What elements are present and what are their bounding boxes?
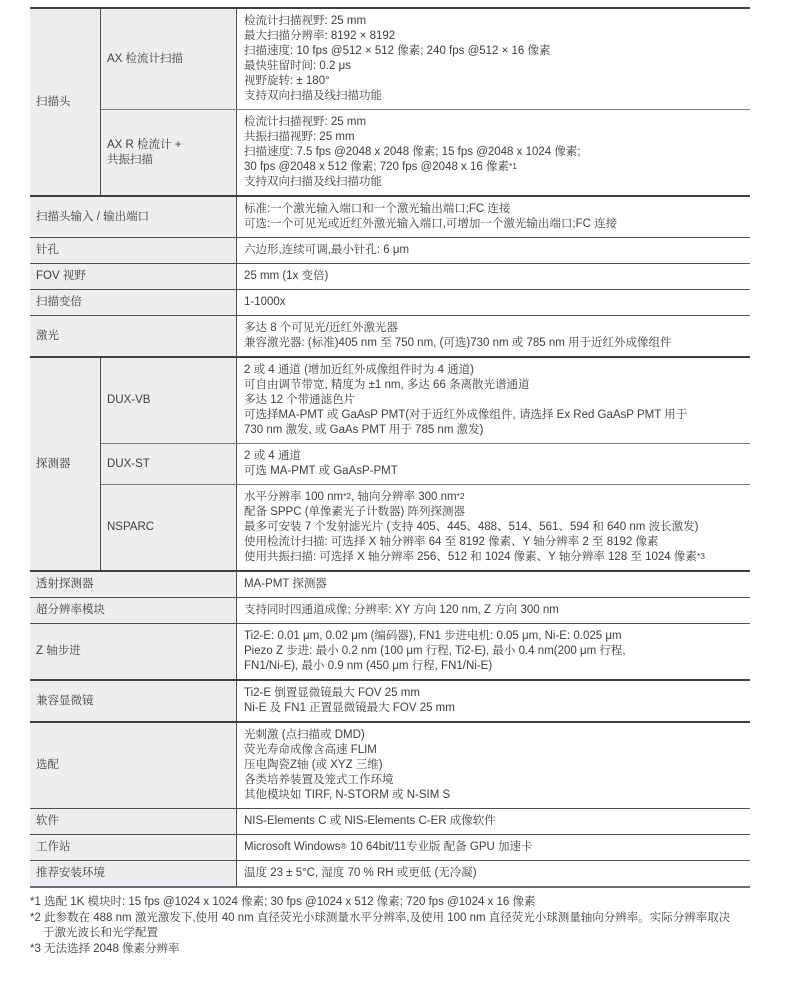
spec-line: 使用检流计扫描: 可选择 X 轴分辨率 64 至 8192 像素、Y 轴分辨率 … (244, 535, 746, 550)
table-row: 扫描变倍1-1000x (30, 289, 750, 315)
spec-line: 光刺激 (点扫描或 DMD) (244, 728, 746, 743)
footnote-line: *1 选配 1K 模块时: 15 fps @1024 x 1024 像素; 30… (30, 895, 770, 911)
row-label-cell: 扫描头输入 / 输出端口 (30, 197, 237, 237)
spec-content-cell: 1-1000x (237, 290, 750, 315)
spec-line: 检流计扫描视野: 25 mm (244, 14, 746, 29)
row-label: 选配 (36, 758, 232, 773)
spec-line: 730 nm 激发, 或 GaAs PMT 用于 785 nm 激发) (244, 423, 746, 438)
subrow-label: 共振扫描 (107, 153, 232, 168)
spec-line: 可选:一个可见光或近红外激光输入端口,可增加一个激光输出端口;FC 连接 (244, 217, 746, 232)
subrow-column: DUX-VB2 或 4 通道 (增加近红外成像组件时为 4 通道)可自由调节带宽… (101, 358, 750, 570)
row-label: 扫描变倍 (36, 295, 232, 310)
spec-sheet-page: 扫描头AX 检流计扫描检流计扫描视野: 25 mm最大扫描分辨率: 8192 ×… (0, 0, 791, 985)
spec-content-cell: 检流计扫描视野: 25 mm最大扫描分辨率: 8192 × 8192扫描速度: … (237, 9, 750, 109)
spec-line: 1-1000x (244, 295, 746, 310)
spec-line: 多达 12 个带通滤色片 (244, 393, 746, 408)
spec-line: 最多可安装 7 个发射滤光片 (支持 405、445、488、514、561、5… (244, 520, 746, 535)
row-label: 激光 (36, 329, 232, 344)
row-label: 工作站 (36, 840, 232, 855)
spec-table: 扫描头AX 检流计扫描检流计扫描视野: 25 mm最大扫描分辨率: 8192 ×… (30, 7, 750, 888)
spec-content-cell: 六边形,连续可调,最小针孔: 6 μm (237, 238, 750, 263)
table-row: 选配光刺激 (点扫描或 DMD)荧光寿命成像含高速 FLIM压电陶瓷Z轴 (或 … (30, 721, 750, 808)
spec-content-cell: 25 mm (1x 变倍) (237, 264, 750, 289)
row-label-cell: 透射探测器 (30, 572, 237, 597)
subrow-label: NSPARC (107, 520, 232, 535)
spec-line: 使用共振扫描: 可选择 X 轴分辨率 256、512 和 1024 像素、Y 轴… (244, 550, 746, 565)
spec-line: 最快驻留时间: 0.2 μs (244, 59, 746, 74)
row-label: 扫描头 (36, 95, 96, 110)
spec-line: 各类培养装置及笼式工作环境 (244, 773, 746, 788)
spec-content-cell: 2 或 4 通道 (增加近红外成像组件时为 4 通道)可自由调节带宽, 精度为 … (237, 358, 750, 443)
spec-content-cell: 标准:一个激光输入端口和一个激光输出端口;FC 连接可选:一个可见光或近红外激光… (237, 197, 750, 237)
spec-content-cell: 支持同时四通道成像; 分辨率: XY 方向 120 nm, Z 方向 300 n… (237, 598, 750, 623)
subrow-label-cell: NSPARC (101, 485, 237, 570)
spec-line: 共振扫描视野: 25 mm (244, 130, 746, 145)
row-label: 探测器 (36, 457, 96, 472)
table-subrow: DUX-ST2 或 4 通道可选 MA-PMT 或 GaAsP-PMT (101, 443, 750, 484)
row-label-cell: 选配 (30, 723, 237, 808)
table-row: 推荐安装环境温度 23 ± 5°C, 湿度 70 % RH 或更低 (无冷凝) (30, 860, 750, 886)
table-row: 扫描头AX 检流计扫描检流计扫描视野: 25 mm最大扫描分辨率: 8192 ×… (30, 9, 750, 195)
spec-content-cell: 检流计扫描视野: 25 mm共振扫描视野: 25 mm扫描速度: 7.5 fps… (237, 110, 750, 195)
subrow-label-cell: AX 检流计扫描 (101, 9, 237, 109)
footnote: *3 无法选择 2048 像素分辨率 (30, 942, 770, 958)
spec-content-cell: NIS-Elements C 或 NIS-Elements C-ER 成像软件 (237, 809, 750, 834)
row-label: 兼容显微镜 (36, 694, 232, 709)
spec-line: 多达 8 个可见光/近红外激光器 (244, 321, 746, 336)
spec-line: NIS-Elements C 或 NIS-Elements C-ER 成像软件 (244, 814, 746, 829)
spec-line: 支持同时四通道成像; 分辨率: XY 方向 120 nm, Z 方向 300 n… (244, 603, 746, 618)
footnote-line: 于激光波长和光学配置 (30, 926, 770, 942)
row-label-cell: 探测器 (30, 358, 101, 570)
subrow-label-cell: DUX-VB (101, 358, 237, 443)
spec-line: 25 mm (1x 变倍) (244, 269, 746, 284)
spec-line: 压电陶瓷Z轴 (或 XYZ 三维) (244, 758, 746, 773)
row-label-cell: 针孔 (30, 238, 237, 263)
spec-line: 兼容激光器: (标准)405 nm 至 750 nm, (可选)730 nm 或… (244, 336, 746, 351)
footnote-line: *2 此参数在 488 nm 激光激发下,使用 40 nm 直径荧光小球测量水平… (30, 911, 770, 927)
footnote: *1 选配 1K 模块时: 15 fps @1024 x 1024 像素; 30… (30, 895, 770, 911)
subrow-column: AX 检流计扫描检流计扫描视野: 25 mm最大扫描分辨率: 8192 × 81… (101, 9, 750, 195)
spec-line: 其他模块如 TIRF, N-STORM 或 N-SIM S (244, 788, 746, 803)
table-row: 软件NIS-Elements C 或 NIS-Elements C-ER 成像软… (30, 808, 750, 834)
row-label: FOV 视野 (36, 269, 232, 284)
content-wrap: 扫描头AX 检流计扫描检流计扫描视野: 25 mm最大扫描分辨率: 8192 ×… (30, 7, 751, 957)
spec-line: FN1/Ni-E), 最小 0.9 nm (450 μm 行程, FN1/Ni-… (244, 659, 746, 674)
spec-line: Ti2-E 倒置显微镜最大 FOV 25 mm (244, 686, 746, 701)
row-label-cell: FOV 视野 (30, 264, 237, 289)
spec-line: 可自由调节带宽, 精度为 ±1 nm, 多达 66 条离散光谱通道 (244, 378, 746, 393)
spec-content-cell: Ti2-E: 0.01 μm, 0.02 μm (编码器), FN1 步进电机:… (237, 624, 750, 679)
footnotes: *1 选配 1K 模块时: 15 fps @1024 x 1024 像素; 30… (30, 895, 770, 957)
row-label-cell: 推荐安装环境 (30, 861, 237, 886)
spec-line: 最大扫描分辨率: 8192 × 8192 (244, 29, 746, 44)
table-subrow: AX 检流计扫描检流计扫描视野: 25 mm最大扫描分辨率: 8192 × 81… (101, 9, 750, 109)
row-label: 推荐安装环境 (36, 866, 232, 881)
row-label-cell: 超分辨率模块 (30, 598, 237, 623)
row-label-cell: 扫描头 (30, 9, 101, 195)
row-label-cell: 工作站 (30, 835, 237, 860)
spec-line: Ni-E 及 FN1 正置显微镜最大 FOV 25 mm (244, 701, 746, 716)
table-row: 针孔六边形,连续可调,最小针孔: 6 μm (30, 237, 750, 263)
spec-line: 2 或 4 通道 (244, 449, 746, 464)
spec-content-cell: 光刺激 (点扫描或 DMD)荧光寿命成像含高速 FLIM压电陶瓷Z轴 (或 XY… (237, 723, 750, 808)
subrow-label: AX R 检流计 + (107, 138, 232, 153)
spec-line: 可选 MA-PMT 或 GaAsP-PMT (244, 464, 746, 479)
table-row: 超分辨率模块支持同时四通道成像; 分辨率: XY 方向 120 nm, Z 方向… (30, 597, 750, 623)
spec-line: 扫描速度: 7.5 fps @2048 x 2048 像素; 15 fps @2… (244, 145, 746, 160)
row-label-cell: 扫描变倍 (30, 290, 237, 315)
subrow-label: DUX-VB (107, 393, 232, 408)
table-row: 透射探测器MA-PMT 探测器 (30, 570, 750, 597)
spec-line: 温度 23 ± 5°C, 湿度 70 % RH 或更低 (无冷凝) (244, 866, 746, 881)
table-row: 扫描头输入 / 输出端口标准:一个激光输入端口和一个激光输出端口;FC 连接可选… (30, 195, 750, 237)
row-label-cell: 软件 (30, 809, 237, 834)
subrow-label: AX 检流计扫描 (107, 52, 232, 67)
row-label-cell: 激光 (30, 316, 237, 356)
row-label-cell: Z 轴步进 (30, 624, 237, 679)
spec-line: 2 或 4 通道 (增加近红外成像组件时为 4 通道) (244, 363, 746, 378)
spec-line: 水平分辨率 100 nm*2, 轴向分辨率 300 nm*2 (244, 490, 746, 505)
table-row: FOV 视野25 mm (1x 变倍) (30, 263, 750, 289)
table-subrow: AX R 检流计 +共振扫描检流计扫描视野: 25 mm共振扫描视野: 25 m… (101, 109, 750, 195)
row-label-cell: 兼容显微镜 (30, 681, 237, 721)
spec-content-cell: Ti2-E 倒置显微镜最大 FOV 25 mmNi-E 及 FN1 正置显微镜最… (237, 681, 750, 721)
spec-line: 检流计扫描视野: 25 mm (244, 115, 746, 130)
table-row: Z 轴步进Ti2-E: 0.01 μm, 0.02 μm (编码器), FN1 … (30, 623, 750, 679)
spec-line: 标准:一个激光输入端口和一个激光输出端口;FC 连接 (244, 202, 746, 217)
spec-line: Piezo Z 步进: 最小 0.2 nm (100 μm 行程, Ti2-E)… (244, 644, 746, 659)
table-subrow: DUX-VB2 或 4 通道 (增加近红外成像组件时为 4 通道)可自由调节带宽… (101, 358, 750, 443)
spec-line: 六边形,连续可调,最小针孔: 6 μm (244, 243, 746, 258)
spec-line: Ti2-E: 0.01 μm, 0.02 μm (编码器), FN1 步进电机:… (244, 629, 746, 644)
spec-line: MA-PMT 探测器 (244, 577, 746, 592)
row-label: 针孔 (36, 243, 232, 258)
spec-line: 扫描速度: 10 fps @512 × 512 像素; 240 fps @512… (244, 44, 746, 59)
subrow-label-cell: AX R 检流计 +共振扫描 (101, 110, 237, 195)
spec-content-cell: 温度 23 ± 5°C, 湿度 70 % RH 或更低 (无冷凝) (237, 861, 750, 886)
spec-content-cell: MA-PMT 探测器 (237, 572, 750, 597)
subrow-label-cell: DUX-ST (101, 444, 237, 484)
spec-content-cell: Microsoft Windows® 10 64bit/11专业版 配备 GPU… (237, 835, 750, 860)
row-label: 超分辨率模块 (36, 603, 232, 618)
table-row: 激光多达 8 个可见光/近红外激光器兼容激光器: (标准)405 nm 至 75… (30, 315, 750, 356)
row-label: Z 轴步进 (36, 644, 232, 659)
spec-line: 支持双向扫描及线扫描功能 (244, 89, 746, 104)
table-row: 兼容显微镜Ti2-E 倒置显微镜最大 FOV 25 mmNi-E 及 FN1 正… (30, 679, 750, 721)
spec-line: 支持双向扫描及线扫描功能 (244, 175, 746, 190)
row-label: 软件 (36, 814, 232, 829)
footnote-line: *3 无法选择 2048 像素分辨率 (30, 942, 770, 958)
spec-content-cell: 2 或 4 通道可选 MA-PMT 或 GaAsP-PMT (237, 444, 750, 484)
spec-line: 30 fps @2048 x 512 像素; 720 fps @2048 x 1… (244, 160, 746, 175)
spec-content-cell: 水平分辨率 100 nm*2, 轴向分辨率 300 nm*2配备 SPPC (单… (237, 485, 750, 570)
spec-line: 配备 SPPC (单像素光子计数器) 阵列探测器 (244, 505, 746, 520)
table-row: 探测器DUX-VB2 或 4 通道 (增加近红外成像组件时为 4 通道)可自由调… (30, 356, 750, 570)
spec-line: 视野旋转: ± 180° (244, 74, 746, 89)
spec-line: 荧光寿命成像含高速 FLIM (244, 743, 746, 758)
footnote: *2 此参数在 488 nm 激光激发下,使用 40 nm 直径荧光小球测量水平… (30, 911, 770, 942)
row-label: 扫描头输入 / 输出端口 (36, 210, 232, 225)
row-label: 透射探测器 (36, 577, 232, 592)
table-row: 工作站Microsoft Windows® 10 64bit/11专业版 配备 … (30, 834, 750, 860)
spec-content-cell: 多达 8 个可见光/近红外激光器兼容激光器: (标准)405 nm 至 750 … (237, 316, 750, 356)
subrow-label: DUX-ST (107, 457, 232, 472)
spec-line: 可选择MA-PMT 或 GaAsP PMT(对于近红外成像组件, 请选择 Ex … (244, 408, 746, 423)
spec-line: Microsoft Windows® 10 64bit/11专业版 配备 GPU… (244, 840, 746, 855)
table-subrow: NSPARC水平分辨率 100 nm*2, 轴向分辨率 300 nm*2配备 S… (101, 484, 750, 570)
